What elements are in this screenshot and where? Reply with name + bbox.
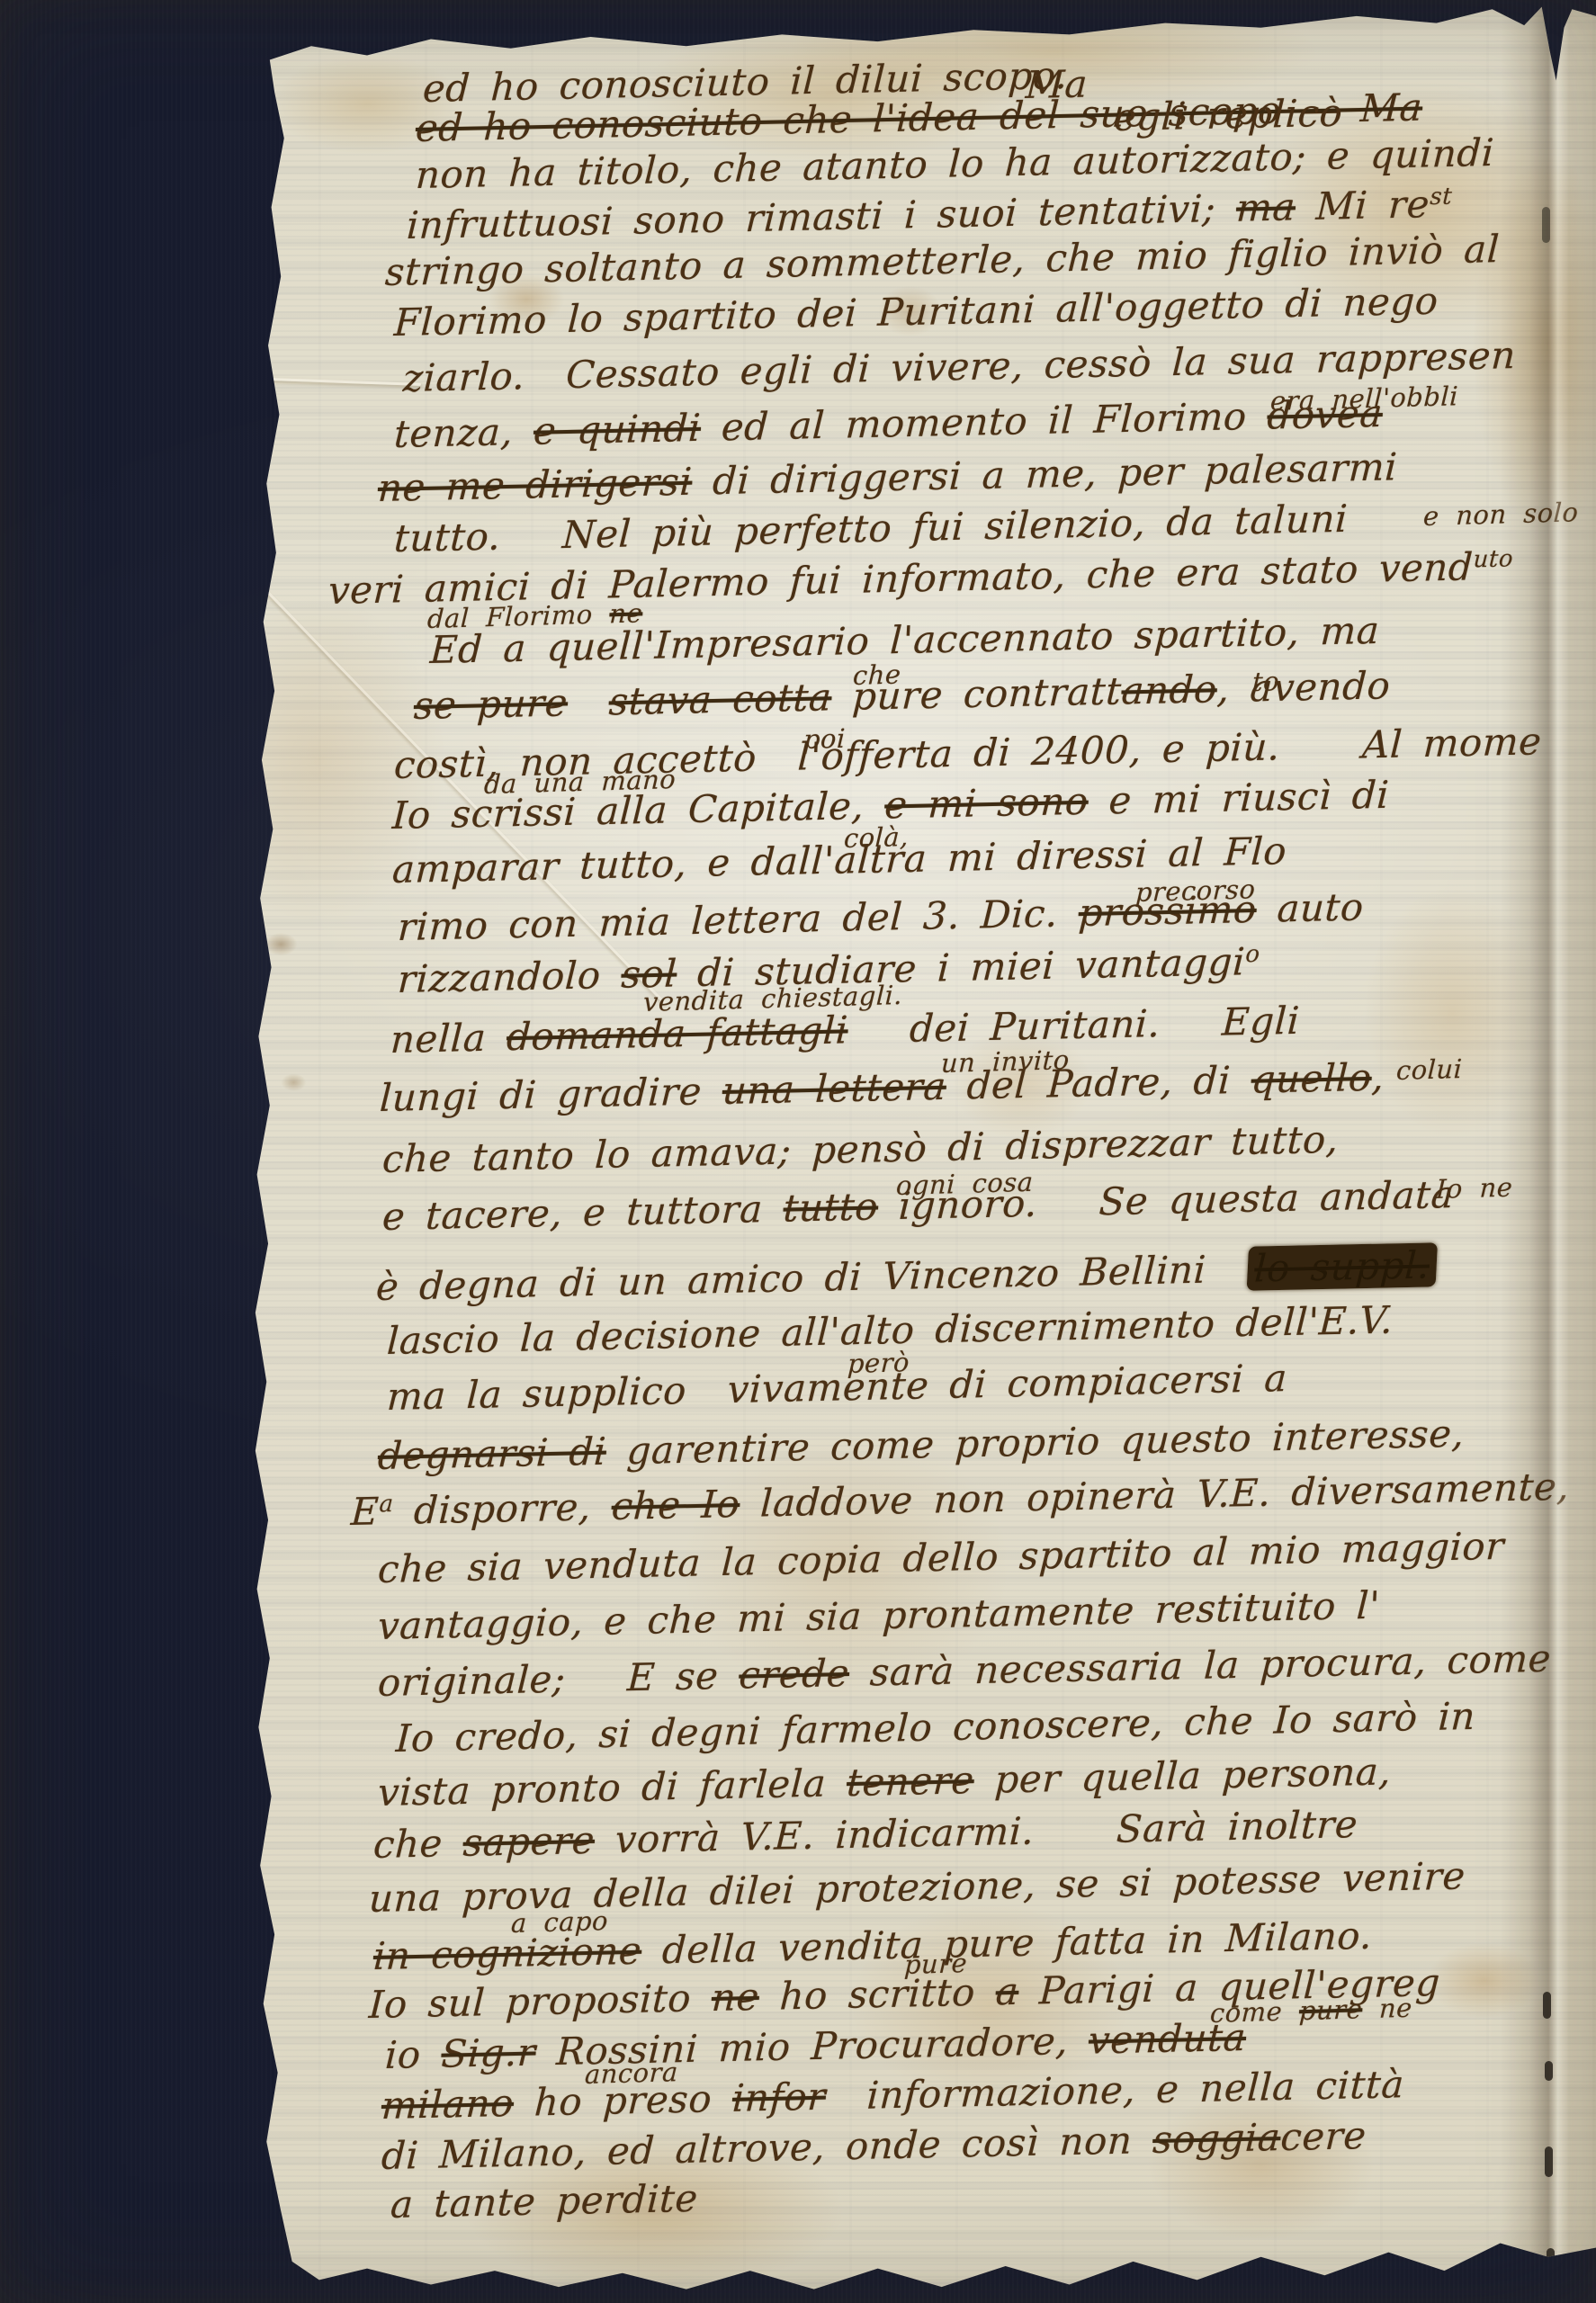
ink-text: vantaggio, e che mi sia prontamente rest… bbox=[377, 1583, 1381, 1648]
struck-text: domanda fattagli bbox=[506, 1008, 849, 1059]
ink-text: rimo con mia lettera del 3. Dic. bbox=[397, 891, 1080, 949]
ink-text: è degna di un amico di Vincenzo Bellini bbox=[375, 1247, 1249, 1309]
ink-text: Io sul proposito bbox=[368, 1976, 713, 2027]
struck-text: una lettera bbox=[722, 1064, 947, 1113]
ink-text: disporre, bbox=[392, 1484, 613, 1533]
ink-blot: lo suppl. bbox=[1246, 1242, 1438, 1290]
ink-text: che bbox=[372, 1821, 464, 1867]
ink-text: pure contratt bbox=[830, 668, 1123, 719]
ink-text: uto bbox=[1473, 545, 1514, 573]
handwritten-line: e tacere, e tuttora tutto ignoro. Se que… bbox=[381, 1176, 1455, 1236]
ink-text: a bbox=[379, 1491, 394, 1518]
ink-text: io bbox=[384, 2032, 443, 2077]
struck-text: e mi sono bbox=[883, 779, 1089, 828]
struck-text: infor bbox=[731, 2074, 827, 2120]
handwritten-line: che sapere vorrà V.E. indicarmi. Sarà in… bbox=[372, 1806, 1358, 1864]
ink-text: egli replicò bbox=[1113, 91, 1344, 139]
ink-text: ne bbox=[1362, 1993, 1413, 2025]
struck-text: degnarsi di bbox=[377, 1429, 607, 1478]
struck-text: in cognizione bbox=[372, 1929, 643, 1978]
struck-text: e quindi bbox=[533, 406, 702, 453]
ink-mark bbox=[1545, 2146, 1553, 2177]
handwritten-line: che sia venduta la copia dello spartito … bbox=[377, 1528, 1505, 1589]
ink-text: del Padre, di bbox=[946, 1058, 1252, 1108]
ink-text: che sia venduta la copia dello spartito … bbox=[377, 1524, 1505, 1591]
handwritten-line: Io ne bbox=[1435, 1175, 1513, 1203]
ink-mark bbox=[1542, 207, 1550, 243]
ink-mark bbox=[1543, 1992, 1551, 2019]
ink-text: lungi di gradire bbox=[379, 1069, 723, 1120]
ink-text: o bbox=[1245, 941, 1261, 968]
struck-text: ma bbox=[1235, 184, 1296, 229]
manuscript-page: ed ho conosciuto il dilui scopo.Maed ho … bbox=[0, 0, 1596, 2303]
ink-text: sarà necessaria la procura, come bbox=[848, 1636, 1552, 1695]
struck-text: ne me dirigersi bbox=[377, 460, 694, 510]
handwritten-line: ma la supplico vivamente di compiacersi … bbox=[386, 1359, 1288, 1416]
struck-text: a bbox=[995, 1969, 1020, 2014]
ink-text: ed al momento il Florimo bbox=[700, 394, 1269, 450]
ink-text: , bbox=[1371, 1055, 1385, 1099]
handwritten-line: originale; E se crede sarà necessaria la… bbox=[377, 1640, 1552, 1702]
handwritten-line: io Sig.r Rossini mio Procuradore, vendut… bbox=[384, 2019, 1247, 2074]
struck-text: tenere bbox=[846, 1758, 975, 1805]
ink-text: to bbox=[1251, 666, 1280, 697]
ink-text: a tante perdite bbox=[390, 2176, 699, 2227]
struck-text: pure bbox=[1298, 1994, 1363, 2026]
struck-text: tutto bbox=[783, 1184, 880, 1230]
ink-text: originale; E se bbox=[377, 1653, 740, 1705]
struck-text: sapere bbox=[462, 1818, 596, 1865]
ink-text: st bbox=[1430, 183, 1453, 211]
ink-text: e mi riuscì di bbox=[1088, 773, 1391, 823]
ink-text: ho scritto bbox=[758, 1969, 997, 2019]
handwritten-line: degnarsi di garentire come proprio quest… bbox=[377, 1415, 1466, 1475]
ink-text: E bbox=[350, 1489, 381, 1534]
ink-text: cere bbox=[1279, 2113, 1367, 2159]
ink-mark bbox=[1545, 2061, 1553, 2081]
handwritten-line: nella domanda fattagli dei Puritani. Egl… bbox=[390, 1002, 1301, 1059]
ink-text: , avendo bbox=[1216, 663, 1392, 711]
ink-text: precorso bbox=[1134, 874, 1256, 908]
handwritten-line: tenza, e quindi ed al momento il Florimo… bbox=[393, 395, 1384, 453]
handwritten-line: Io credo, si degni farmelo conoscere, ch… bbox=[395, 1698, 1476, 1758]
handwritten-line: tutto. Nel più perfetto fui silenzio, da… bbox=[393, 500, 1349, 558]
ink-text: colui bbox=[1395, 1053, 1463, 1086]
ink-text bbox=[567, 679, 610, 724]
ink-text: informazione, e nella città bbox=[825, 2062, 1405, 2119]
ink-mark bbox=[1547, 2248, 1555, 2272]
ink-text: vorrà V.E. indicarmi. Sarà inoltre bbox=[594, 1802, 1359, 1862]
ink-text: rizzandolo bbox=[397, 953, 623, 1001]
struck-text: soggia bbox=[1152, 2115, 1281, 2162]
handwritten-line: a tante perdite bbox=[390, 2180, 699, 2224]
struck-text: se pure bbox=[413, 680, 569, 728]
struck-text: stava cotta bbox=[608, 675, 833, 723]
ink-text: per quella persona, bbox=[973, 1749, 1393, 1802]
archive-backdrop: ed ho conosciuto il dilui scopo.Maed ho … bbox=[0, 0, 1596, 2303]
ink-text: ma la supplico vivamente di compiacersi … bbox=[386, 1356, 1288, 1419]
struck-text: dovea bbox=[1266, 391, 1384, 438]
ink-text: poi bbox=[802, 723, 846, 755]
handwritten-line: Ea disporre, che Io laddove non opinerà … bbox=[350, 1468, 1570, 1531]
ink-text: Io ne bbox=[1435, 1172, 1513, 1205]
ink-text: di diriggersi a me, per palesarmi bbox=[691, 444, 1398, 503]
struck-text: ne bbox=[711, 1975, 760, 2020]
ink-text: laddove non opinerà V.E. diversamente, bbox=[739, 1465, 1570, 1526]
ink-text: che tanto lo amava; pensò di disprezzar … bbox=[381, 1117, 1340, 1181]
ink-text: vista pronto di farlela bbox=[377, 1761, 848, 1815]
struck-text: quello bbox=[1251, 1055, 1373, 1102]
ink-text: dei Puritani. Egli bbox=[847, 999, 1300, 1053]
ink-text: Mi re bbox=[1295, 182, 1430, 229]
struck-text: milano bbox=[381, 2081, 515, 2128]
ink-text: nella bbox=[390, 1015, 508, 1062]
handwritten-line: se pure stava cotta pure contrattando, a… bbox=[413, 667, 1391, 725]
ink-text: e non solo bbox=[1422, 497, 1579, 532]
handwritten-line: e non solo bbox=[1422, 499, 1579, 530]
handwritten-line: poi bbox=[802, 726, 846, 753]
ink-text: di Milano, ed altrove, onde così non bbox=[381, 2118, 1154, 2178]
handwritten-line: egli replicò bbox=[1113, 94, 1343, 137]
handwritten-line: Florimo lo spartito dei Puritani all'ogg… bbox=[393, 282, 1439, 342]
struck-text: che Io bbox=[611, 1482, 741, 1528]
handwritten-line: precorso bbox=[1134, 876, 1256, 906]
handwritten-line: to bbox=[1251, 668, 1279, 695]
ink-text: auto bbox=[1256, 884, 1365, 931]
handwritten-line: è degna di un amico di Vincenzo Bellini … bbox=[375, 1246, 1438, 1306]
handwritten-line: vantaggio, e che mi sia prontamente rest… bbox=[377, 1587, 1381, 1645]
ink-text: e tacere, e tuttora bbox=[381, 1187, 785, 1239]
handwritten-line: colui bbox=[1395, 1056, 1463, 1084]
struck-text: crede bbox=[738, 1651, 850, 1698]
ink-text: garentire come proprio questo interesse, bbox=[605, 1411, 1466, 1474]
ink-text: ho preso bbox=[513, 2076, 733, 2125]
struck-text: venduta bbox=[1088, 2015, 1247, 2063]
struck-text: ando bbox=[1120, 667, 1218, 712]
ink-text: tenza, bbox=[393, 409, 535, 456]
handwritten-line: lungi di gradire una lettera del Padre, … bbox=[379, 1059, 1385, 1117]
handwritten-line: vista pronto di farlela tenere per quell… bbox=[377, 1752, 1392, 1812]
handwritten-line: che tanto lo amava; pensò di disprezzar … bbox=[381, 1121, 1340, 1178]
struck-text: Sig.r bbox=[440, 2030, 536, 2075]
handwritten-line: di Milano, ed altrove, onde così non sog… bbox=[381, 2117, 1367, 2175]
manuscript-lines: ed ho conosciuto il dilui scopo.Maed ho … bbox=[0, 0, 1596, 2303]
ink-text: Io scrissi alla Capitale, bbox=[391, 784, 886, 838]
